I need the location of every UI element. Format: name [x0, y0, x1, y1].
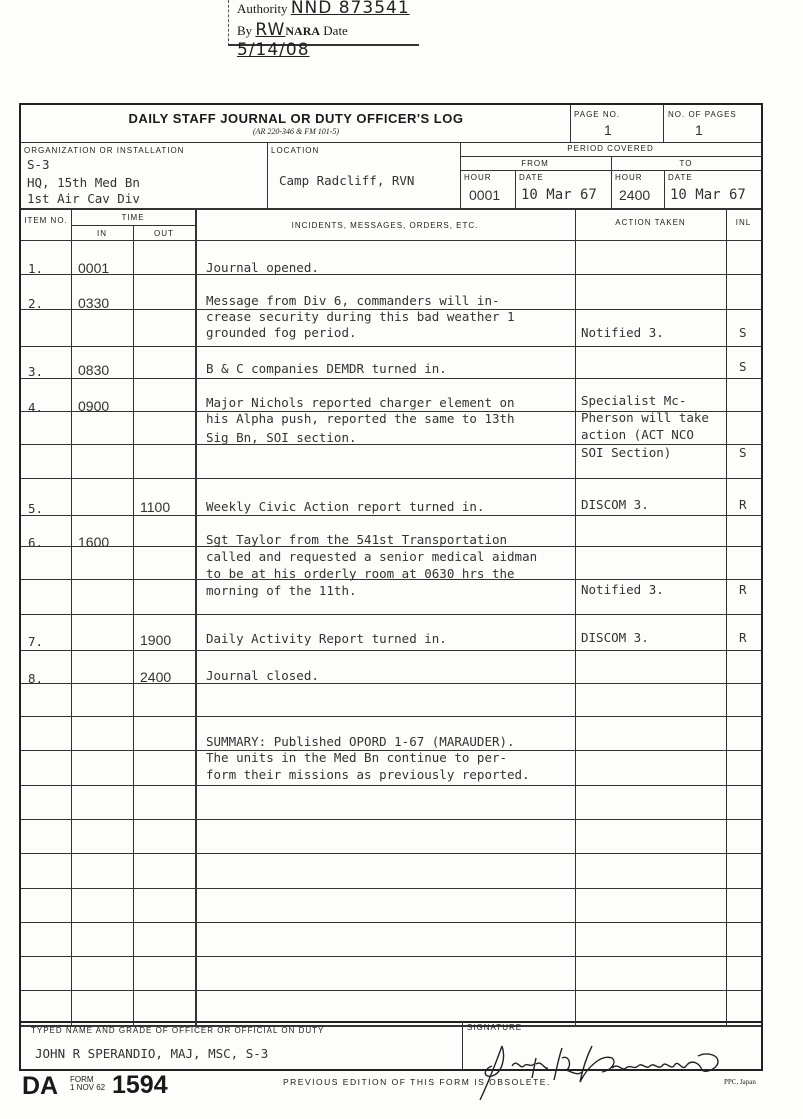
time-out: 1900	[140, 632, 171, 648]
to-label: TO	[611, 159, 761, 168]
inl-value: S	[739, 445, 747, 460]
action-line: DISCOM 3.	[581, 630, 649, 645]
item-no: 4.	[28, 400, 43, 415]
period-covered-label: PERIOD COVERED	[460, 144, 761, 153]
officer-label: TYPED NAME AND GRADE OF OFFICER OR OFFIC…	[31, 1026, 324, 1035]
incident-line: Daily Activity Report turned in.	[206, 631, 447, 646]
printer-mark: PPC, Japan	[724, 1078, 756, 1086]
incident-line: grounded fog period.	[206, 325, 357, 340]
header-action: ACTION TAKEN	[575, 218, 726, 227]
time-out: 1100	[140, 499, 170, 515]
no-of-pages: 1	[695, 122, 703, 138]
incident-line: his Alpha push, reported the same to 13t…	[206, 411, 515, 426]
item-no: 8.	[28, 671, 43, 686]
item-no: 2.	[28, 296, 43, 311]
by-initials: RW	[255, 20, 285, 40]
page-no: 1	[604, 122, 612, 138]
incident-line: to be at his orderly room at 0630 hrs th…	[206, 566, 515, 581]
form-title: DAILY STAFF JOURNAL OR DUTY OFFICER'S LO…	[21, 111, 571, 126]
header-item-no: ITEM NO.	[21, 215, 71, 226]
from-hour: 0001	[469, 187, 500, 203]
time-in: 0330	[78, 295, 109, 311]
item-no: 5.	[28, 501, 43, 516]
date-label: Date	[323, 23, 348, 38]
action-line: Specialist Mc-	[581, 393, 686, 408]
incident-line: Sig Bn, SOI section.	[206, 430, 357, 445]
inl-value: R	[739, 582, 747, 597]
inl-value: R	[739, 630, 747, 645]
location-label: LOCATION	[271, 146, 319, 155]
organization-line-1: S-3	[27, 157, 50, 172]
incident-line: morning of the 11th.	[206, 583, 357, 598]
inl-value: S	[739, 359, 747, 374]
from-date-label: DATE	[519, 173, 544, 182]
incident-line: Sgt Taylor from the 541st Transportation	[206, 532, 507, 547]
organization-line-2: HQ, 15th Med Bn	[27, 175, 140, 190]
item-no: 7.	[28, 634, 43, 649]
summary-line: form their missions as previously report…	[206, 767, 530, 782]
to-hour-label: HOUR	[615, 173, 643, 182]
header-out: OUT	[133, 229, 195, 238]
stamp-by: By RWNARA Date 5/14/08	[237, 20, 419, 60]
form-edition: FORM 1 NOV 62	[70, 1076, 105, 1092]
no-of-pages-label: NO. OF PAGES	[668, 110, 737, 119]
action-line: SOI Section)	[581, 445, 671, 460]
action-line: action (ACT NCO	[581, 427, 694, 442]
to-date-label: DATE	[668, 173, 693, 182]
incident-line: Weekly Civic Action report turned in.	[206, 499, 484, 514]
header-inl: INL	[726, 218, 761, 227]
location-value: Camp Radcliff, RVN	[279, 173, 414, 188]
from-label: FROM	[460, 159, 610, 168]
incident-line: Major Nichols reported charger element o…	[206, 395, 515, 410]
action-line: Notified 3.	[581, 582, 664, 597]
authority-value: NND 873541	[291, 0, 410, 18]
officer-name: JOHN R SPERANDIO, MAJ, MSC, S-3	[35, 1046, 268, 1061]
action-line: DISCOM 3.	[581, 497, 649, 512]
item-no: 6.	[28, 535, 43, 550]
incident-line: crease security during this bad weather …	[206, 309, 515, 324]
form-number: 1594	[112, 1071, 168, 1100]
agency: NARA	[285, 24, 320, 38]
journal-form: DAILY STAFF JOURNAL OR DUTY OFFICER'S LO…	[19, 103, 763, 1023]
time-in: 0900	[78, 398, 109, 414]
date-value: 5/14/08	[237, 40, 310, 60]
time-in: 1600	[78, 534, 109, 550]
item-no: 3.	[28, 364, 43, 379]
inl-value: S	[739, 325, 747, 340]
time-in: 0001	[78, 260, 109, 276]
form-subtitle: (AR 220-346 & FM 101-5)	[21, 127, 571, 136]
form-date: 1 NOV 62	[70, 1084, 105, 1092]
item-no: 1.	[28, 261, 43, 276]
authority-label: Authority	[237, 1, 288, 16]
archive-stamp: Authority NND 873541 By RWNARA Date 5/14…	[228, 0, 419, 46]
by-label: By	[237, 23, 252, 38]
previous-edition-note: PREVIOUS EDITION OF THIS FORM IS OBSOLET…	[283, 1077, 551, 1087]
incident-line: Message from Div 6, commanders will in-	[206, 293, 500, 308]
header-in: IN	[71, 229, 133, 238]
signature-scrawl: John R Sperandio	[462, 1028, 742, 1108]
summary-line: The units in the Med Bn continue to per-	[206, 750, 507, 765]
incident-line: called and requested a senior medical ai…	[206, 549, 537, 564]
inl-value: R	[739, 497, 747, 512]
organization-label: ORGANIZATION OR INSTALLATION	[24, 146, 184, 155]
page-no-label: PAGE NO.	[574, 110, 620, 119]
organization-line-3: 1st Air Cav Div	[27, 191, 140, 206]
from-hour-label: HOUR	[464, 173, 492, 182]
to-hour: 2400	[619, 187, 650, 203]
incident-line: Journal opened.	[206, 260, 319, 275]
header-time: TIME	[71, 213, 195, 222]
header-incidents: INCIDENTS, MESSAGES, ORDERS, ETC.	[195, 221, 575, 230]
summary-line: SUMMARY: Published OPORD 1-67 (MARAUDER)…	[206, 734, 515, 749]
action-line: Pherson will take	[581, 410, 709, 425]
action-line: Notified 3.	[581, 325, 664, 340]
to-date: 10 Mar 67	[670, 187, 746, 203]
time-out: 2400	[140, 669, 171, 685]
stamp-authority: Authority NND 873541	[237, 0, 410, 18]
time-in: 0830	[78, 362, 109, 378]
incident-line: B & C companies DEMDR turned in.	[206, 361, 447, 376]
incident-line: Journal closed.	[206, 668, 319, 683]
form-prefix: DA	[22, 1072, 58, 1101]
from-date: 10 Mar 67	[521, 187, 597, 203]
